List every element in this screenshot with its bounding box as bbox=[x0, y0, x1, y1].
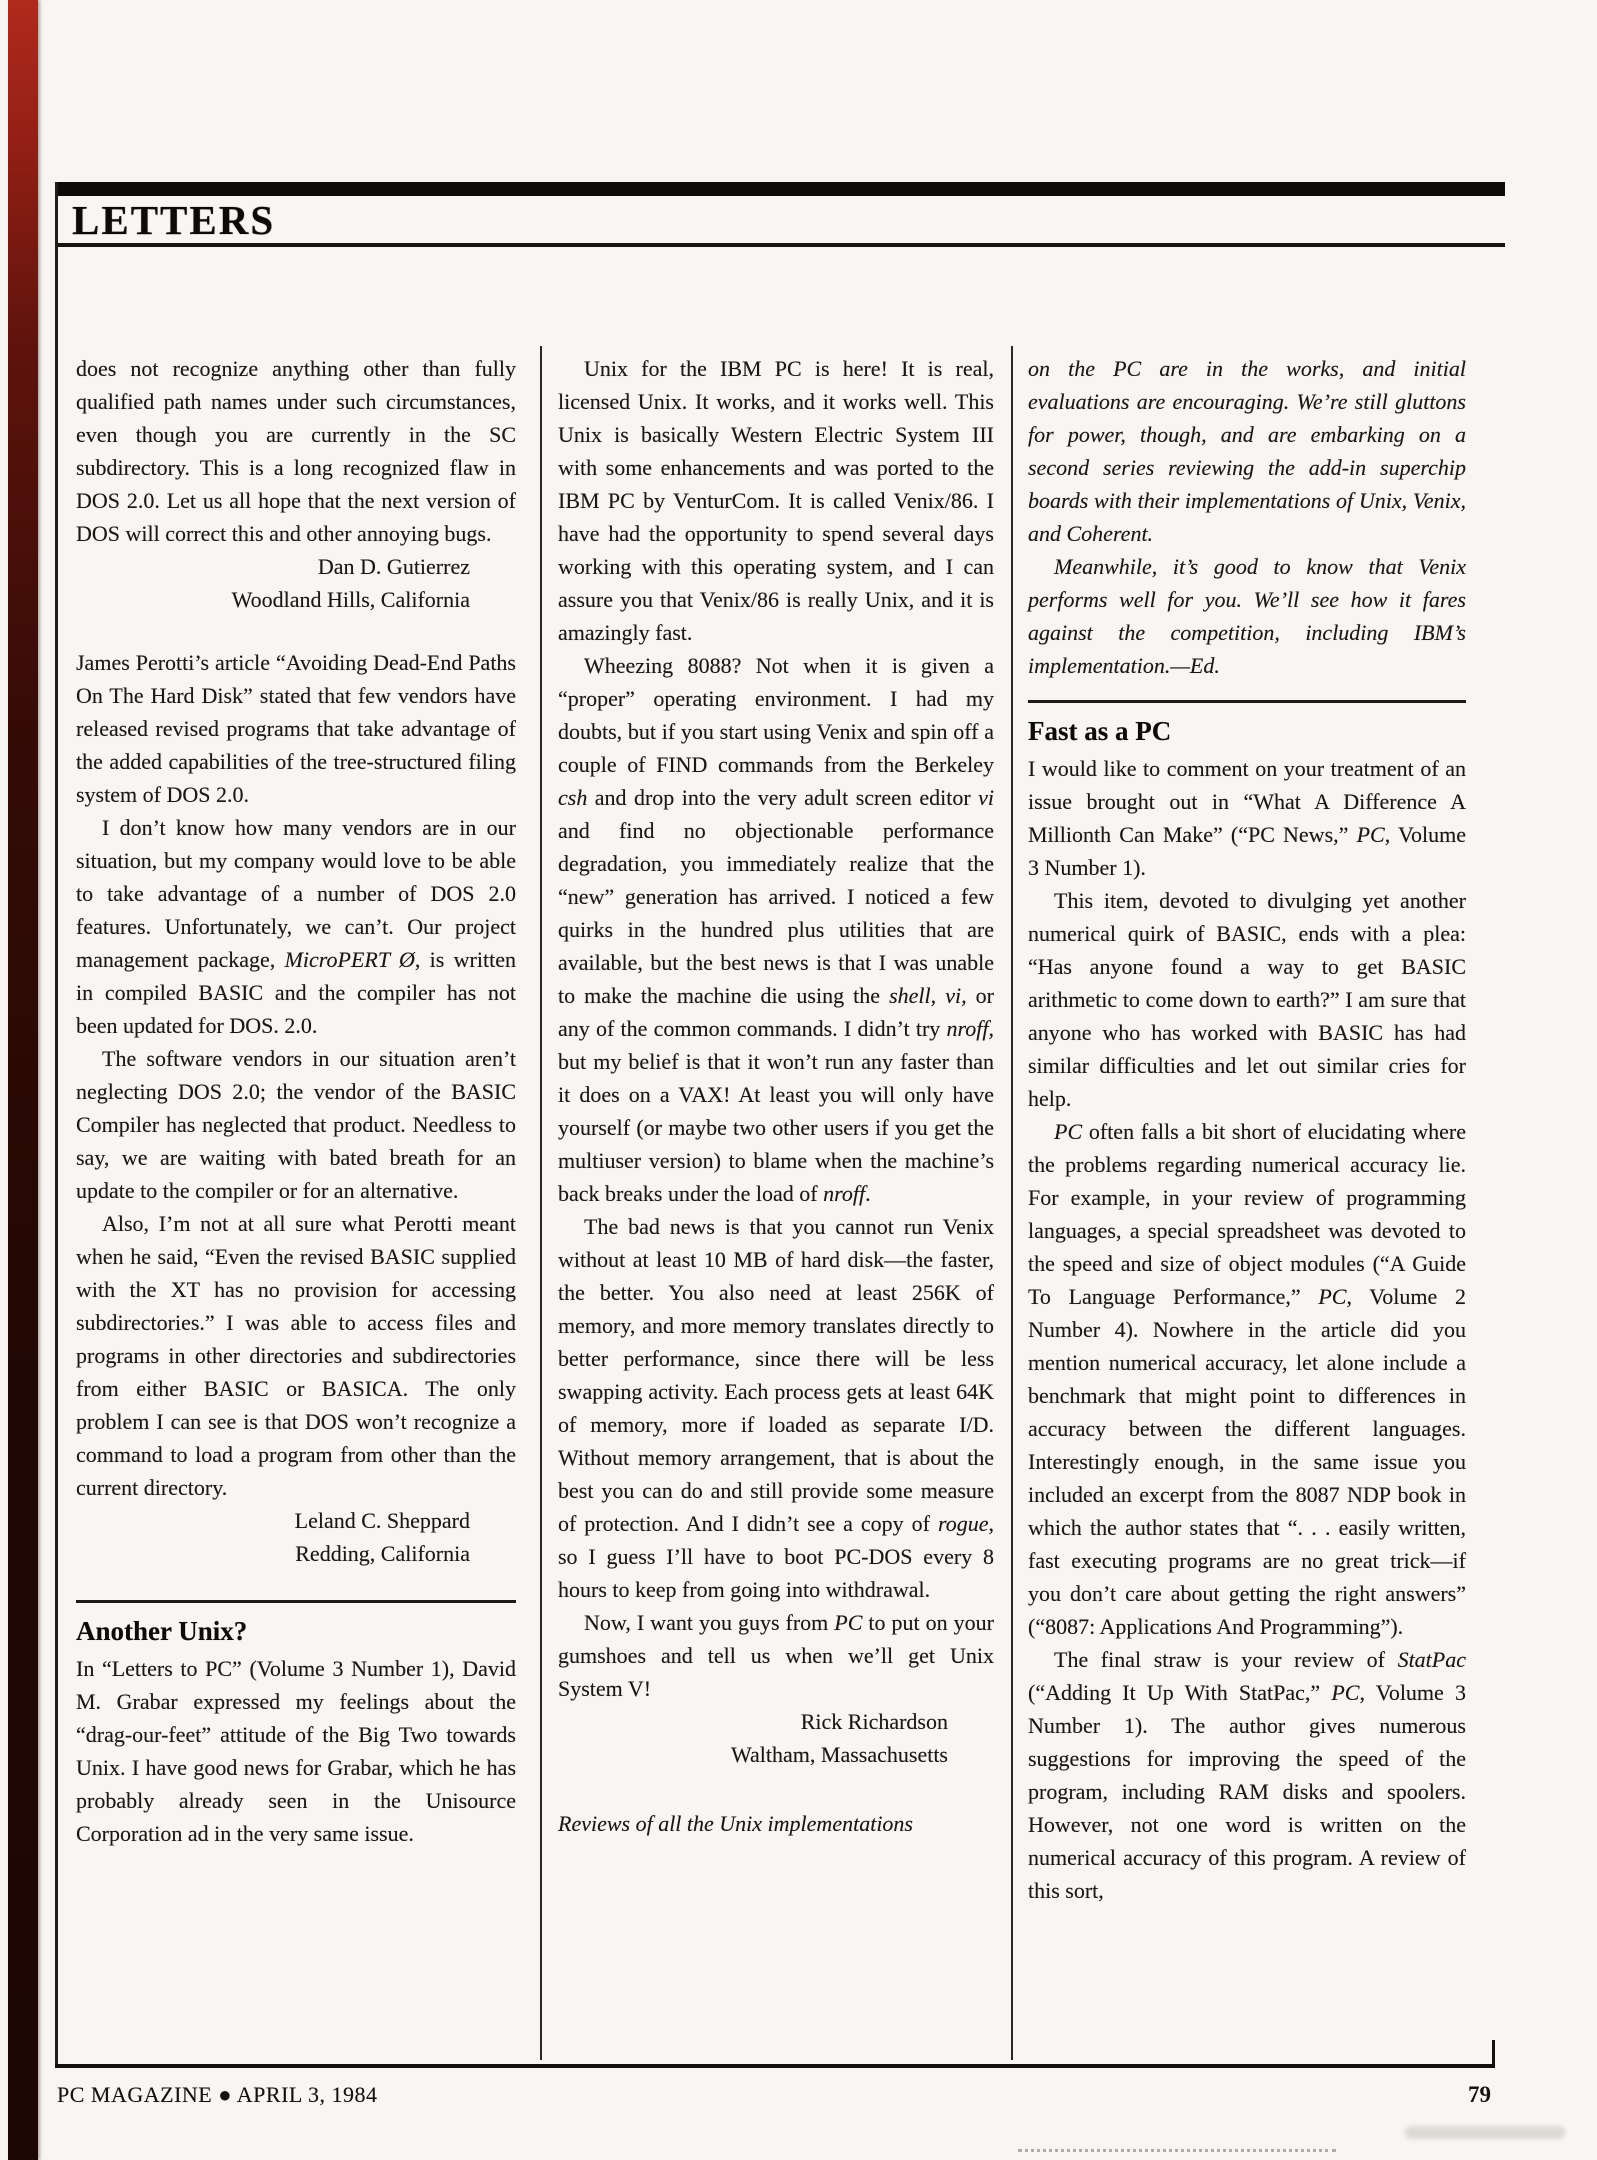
paragraph: Also, I’m not at all sure what Perotti m… bbox=[76, 1207, 516, 1504]
italic-text-run: PC bbox=[1318, 1284, 1346, 1309]
magazine-page: LETTERS does not recognize anything othe… bbox=[0, 0, 1597, 2160]
text-run: Meanwhile, it’s good to know that Venix … bbox=[1028, 554, 1466, 678]
column-divider-2 bbox=[1011, 346, 1013, 2060]
text-run: , Volume 3 Number 1). The author gives n… bbox=[1028, 1680, 1466, 1903]
text-run: Now, I want you guys from bbox=[584, 1610, 834, 1635]
text-run: The software vendors in our situation ar… bbox=[76, 1046, 516, 1203]
text-run: and drop into the very adult screen edit… bbox=[587, 785, 978, 810]
signature-line: Waltham, Massachusetts bbox=[558, 1738, 948, 1771]
section-heading: Fast as a PC bbox=[1028, 713, 1466, 749]
italic-text-run: rogue bbox=[938, 1511, 989, 1536]
header-rule bbox=[55, 243, 1505, 247]
text-run: on the PC are in the works, and initial … bbox=[1028, 356, 1466, 546]
signature-line: Woodland Hills, California bbox=[76, 583, 470, 616]
page-number: 79 bbox=[1468, 2082, 1491, 2108]
paragraph: PC often falls a bit short of elucidatin… bbox=[1028, 1115, 1466, 1643]
text-run: The bad news is that you cannot run Veni… bbox=[558, 1214, 994, 1536]
text-run: but my belief is that it won’t run any f… bbox=[558, 1049, 994, 1206]
letter-signature: Rick RichardsonWaltham, Massachusetts bbox=[558, 1705, 994, 1771]
footer-magazine-date: PC MAGAZINE ● APRIL 3, 1984 bbox=[57, 2082, 378, 2108]
italic-text-run: nroff bbox=[823, 1181, 865, 1206]
paragraph: I would like to comment on your treatmen… bbox=[1028, 752, 1466, 884]
text-run: This item, devoted to divulging yet anot… bbox=[1028, 888, 1466, 1111]
section-heading: Another Unix? bbox=[76, 1613, 516, 1649]
paragraph: Reviews of all the Unix implementations bbox=[558, 1807, 994, 1840]
text-run: , Volume 2 Number 4). Nowhere in the art… bbox=[1028, 1284, 1466, 1639]
section-divider-rule bbox=[76, 1600, 516, 1603]
content-border-corner bbox=[1492, 2040, 1495, 2068]
scan-dotted-artifact bbox=[1018, 2149, 1336, 2152]
italic-text-run: PC bbox=[834, 1610, 862, 1635]
paragraph: does not recognize anything other than f… bbox=[76, 352, 516, 550]
italic-text-run: PC bbox=[1054, 1119, 1082, 1144]
paragraph: Wheezing 8088? Not when it is given a “p… bbox=[558, 649, 994, 1210]
letter-signature: Leland C. SheppardRedding, California bbox=[76, 1504, 516, 1570]
text-run: James Perotti’s article “Avoiding Dead-E… bbox=[76, 650, 516, 807]
signature-line: Redding, California bbox=[76, 1537, 470, 1570]
text-run: and find no objectionable performance de… bbox=[558, 818, 994, 1008]
content-left-border bbox=[55, 182, 58, 2068]
text-run: In “Letters to PC” (Volume 3 Number 1), … bbox=[76, 1656, 516, 1846]
letter-signature: Dan D. GutierrezWoodland Hills, Californ… bbox=[76, 550, 516, 616]
header-top-bar bbox=[55, 182, 1505, 196]
text-run: Unix for the IBM PC is here! It is real,… bbox=[558, 356, 994, 645]
paragraph: The software vendors in our situation ar… bbox=[76, 1042, 516, 1207]
paragraph: This item, devoted to divulging yet anot… bbox=[1028, 884, 1466, 1115]
paragraph: Unix for the IBM PC is here! It is real,… bbox=[558, 352, 994, 649]
column-divider-1 bbox=[540, 346, 542, 2060]
text-run: Wheezing 8088? Not when it is given a “p… bbox=[558, 653, 994, 777]
column-1: does not recognize anything other than f… bbox=[76, 352, 516, 1850]
signature-line: Dan D. Gutierrez bbox=[76, 550, 470, 583]
italic-text-run: PC bbox=[1331, 1680, 1359, 1705]
paragraph: James Perotti’s article “Avoiding Dead-E… bbox=[76, 646, 516, 811]
paragraph: The bad news is that you cannot run Veni… bbox=[558, 1210, 994, 1606]
italic-text-run: MicroPERT Ø bbox=[285, 947, 415, 972]
italic-text-run: csh bbox=[558, 785, 587, 810]
signature-line: Rick Richardson bbox=[558, 1705, 948, 1738]
text-run: Reviews of all the Unix implementations bbox=[558, 1811, 913, 1836]
text-run: does not recognize anything other than f… bbox=[76, 356, 516, 546]
content-bottom-border bbox=[55, 2064, 1495, 2068]
paragraph: The final straw is your review of StatPa… bbox=[1028, 1643, 1466, 1907]
text-run: The final straw is your review of bbox=[1054, 1647, 1398, 1672]
section-divider-rule bbox=[1028, 700, 1466, 703]
scan-smudge-artifact bbox=[1405, 2126, 1565, 2139]
text-run: . bbox=[865, 1181, 871, 1206]
paragraph: In “Letters to PC” (Volume 3 Number 1), … bbox=[76, 1652, 516, 1850]
italic-text-run: nroff, bbox=[947, 1016, 994, 1041]
signature-line: Leland C. Sheppard bbox=[76, 1504, 470, 1537]
paragraph: Meanwhile, it’s good to know that Venix … bbox=[1028, 550, 1466, 682]
text-run: (“Adding It Up With StatPac,” bbox=[1028, 1680, 1331, 1705]
column-2: Unix for the IBM PC is here! It is real,… bbox=[558, 352, 994, 1840]
page-edge-bar bbox=[8, 0, 38, 2160]
italic-text-run: PC bbox=[1357, 822, 1385, 847]
italic-text-run: vi bbox=[978, 785, 994, 810]
page-title: LETTERS bbox=[72, 196, 275, 244]
italic-text-run: StatPac bbox=[1398, 1647, 1466, 1672]
italic-text-run: shell, vi, bbox=[889, 983, 967, 1008]
paragraph: on the PC are in the works, and initial … bbox=[1028, 352, 1466, 550]
paragraph: I don’t know how many vendors are in our… bbox=[76, 811, 516, 1042]
text-run: often falls a bit short of elucidating w… bbox=[1028, 1119, 1466, 1309]
column-3: on the PC are in the works, and initial … bbox=[1028, 352, 1466, 1907]
text-run: Also, I’m not at all sure what Perotti m… bbox=[76, 1211, 516, 1500]
paragraph: Now, I want you guys from PC to put on y… bbox=[558, 1606, 994, 1705]
